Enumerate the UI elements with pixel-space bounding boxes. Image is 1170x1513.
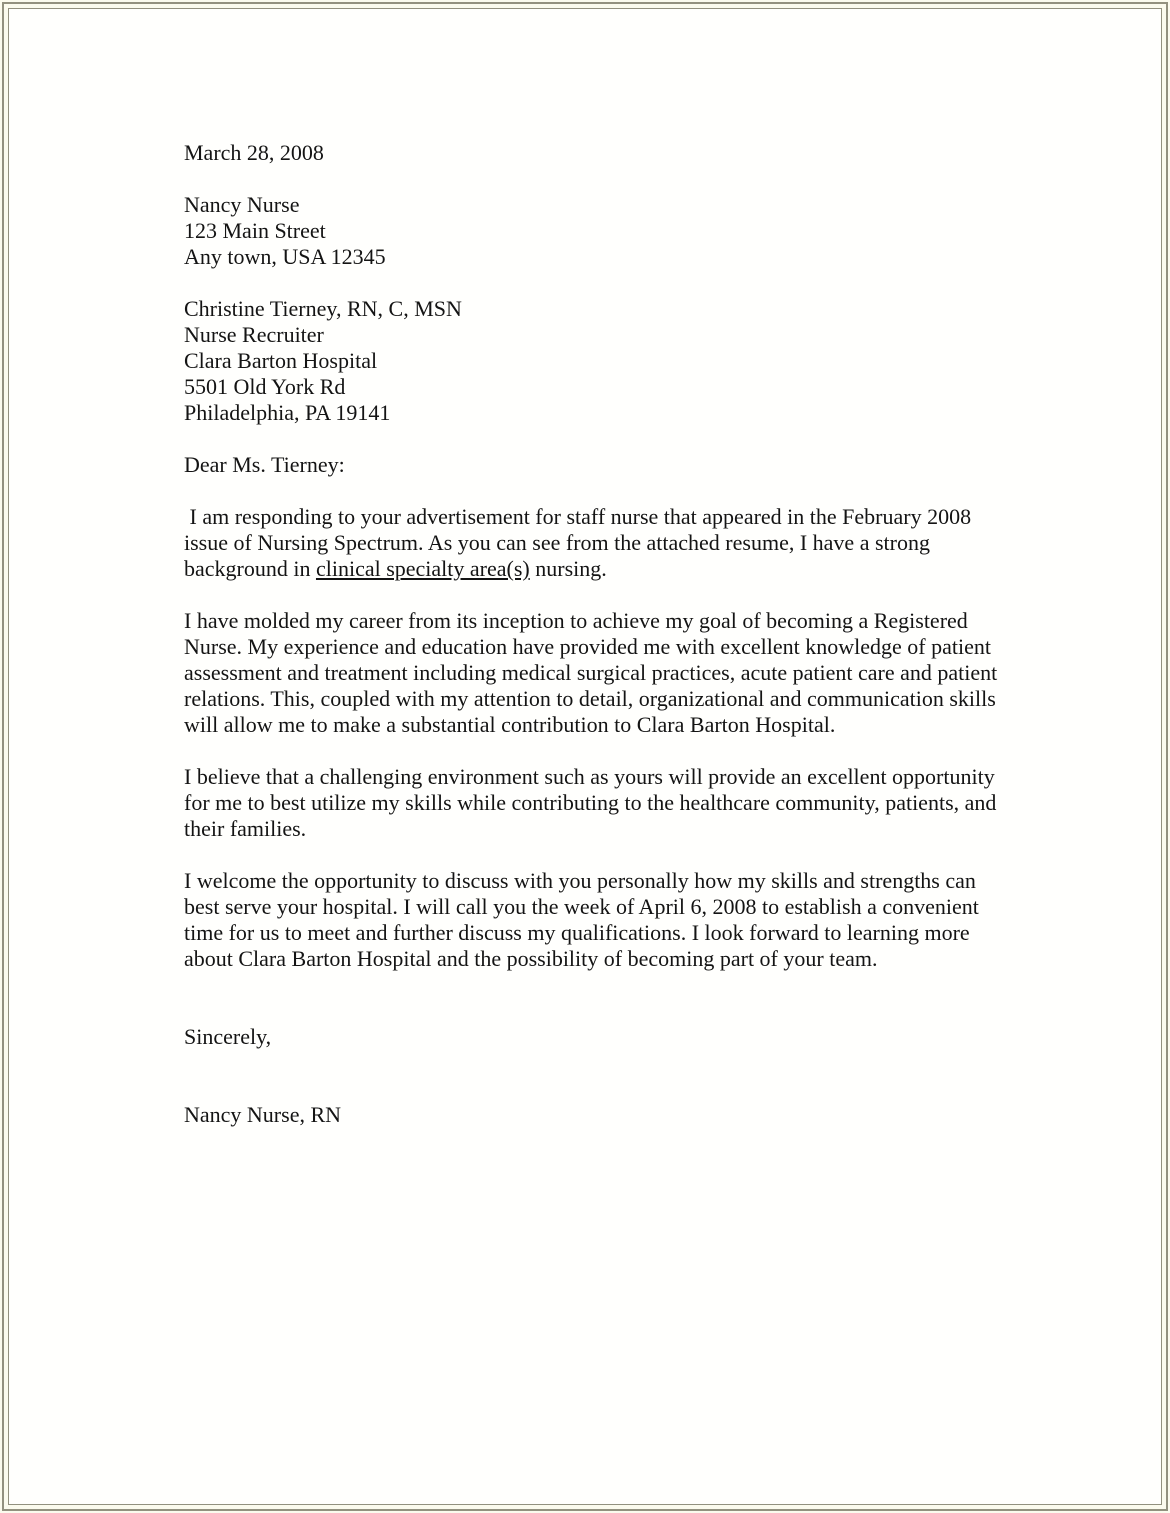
- paragraph-intro-end: nursing.: [530, 556, 607, 581]
- sender-address: Nancy Nurse 123 Main Street Any town, US…: [184, 192, 1016, 270]
- recipient-organization: Clara Barton Hospital: [184, 348, 1016, 374]
- letter-page: March 28, 2008 Nancy Nurse 123 Main Stre…: [8, 8, 1162, 1505]
- paragraph-career: I have molded my career from its incepti…: [184, 608, 1016, 738]
- letter-date: March 28, 2008: [184, 140, 1016, 166]
- document-frame-inner: March 28, 2008 Nancy Nurse 123 Main Stre…: [2, 2, 1168, 1511]
- signature-name: Nancy Nurse, RN: [184, 1102, 1016, 1128]
- salutation: Dear Ms. Tierney:: [184, 452, 1016, 478]
- recipient-city: Philadelphia, PA 19141: [184, 400, 1016, 426]
- paragraph-followup: I welcome the opportunity to discuss wit…: [184, 868, 1016, 972]
- recipient-street: 5501 Old York Rd: [184, 374, 1016, 400]
- sender-name: Nancy Nurse: [184, 192, 1016, 218]
- sender-street: 123 Main Street: [184, 218, 1016, 244]
- sender-city: Any town, USA 12345: [184, 244, 1016, 270]
- underlined-phrase: clinical specialty area(s): [316, 556, 530, 581]
- paragraph-intro: I am responding to your advertisement fo…: [184, 504, 1016, 582]
- recipient-title: Nurse Recruiter: [184, 322, 1016, 348]
- closing: Sincerely,: [184, 1024, 1016, 1050]
- paragraph-belief: I believe that a challenging environment…: [184, 764, 1016, 842]
- recipient-address: Christine Tierney, RN, C, MSN Nurse Recr…: [184, 296, 1016, 426]
- letter-content: March 28, 2008 Nancy Nurse 123 Main Stre…: [184, 140, 1016, 1128]
- recipient-name: Christine Tierney, RN, C, MSN: [184, 296, 1016, 322]
- document-frame: March 28, 2008 Nancy Nurse 123 Main Stre…: [0, 0, 1170, 1513]
